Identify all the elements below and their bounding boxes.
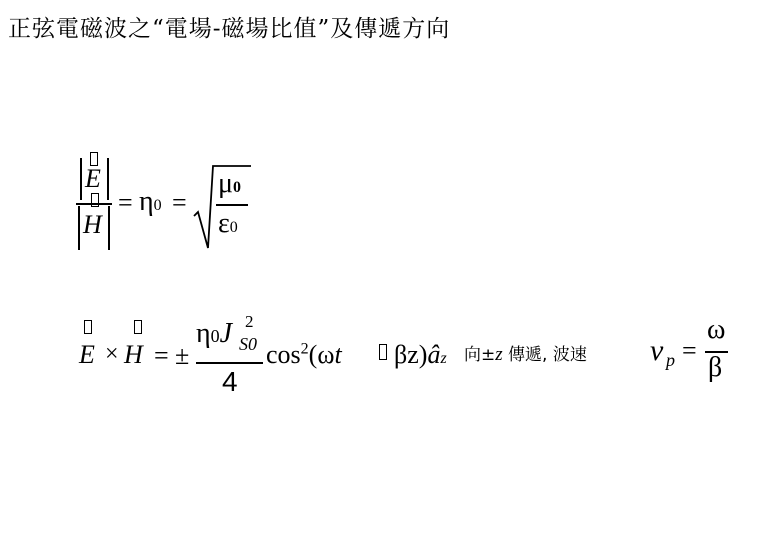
fraction-bar (196, 362, 263, 364)
fraction-numerator: ω (707, 314, 725, 346)
eta-symbol: η0 (139, 186, 162, 218)
eta: η (139, 186, 154, 217)
beta-z: βz (394, 340, 419, 369)
direction-z: z (495, 344, 502, 365)
beta-z-term: βz)âz (394, 340, 447, 370)
cos-term: cos2(ωt (266, 340, 342, 370)
unit-vector-a: â (427, 340, 440, 369)
fraction-bar (216, 204, 248, 206)
vector-arrow-placeholder-icon (91, 193, 99, 207)
abs-bar-left-bottom (78, 206, 80, 250)
unit-vector-subscript: z (440, 350, 446, 367)
open-paren-omega: (ω (309, 340, 335, 369)
field-e: E (79, 340, 95, 370)
cos-superscript: 2 (301, 340, 309, 357)
slide-title: 正弦電磁波之“電場-磁場比值”及傳遞方向 (8, 10, 450, 43)
fraction-denominator: 4 (222, 366, 238, 398)
velocity-subscript: p (666, 350, 675, 371)
abs-bar-right-bottom (108, 206, 110, 250)
mu-subscript: 0 (233, 179, 241, 196)
eta-subscript: 0 (154, 197, 162, 214)
abs-bar-right-top (107, 158, 109, 200)
field-e: E (85, 164, 101, 194)
equals-sign: = (154, 341, 169, 371)
time-t: t (334, 340, 341, 369)
vector-arrow-placeholder-icon (84, 320, 92, 334)
field-h: H (124, 340, 143, 370)
equals-sign: = (682, 336, 697, 366)
description-text: 傳遞, 波速 (503, 345, 587, 365)
field-h: H (83, 210, 102, 240)
equals-sign: = (118, 188, 133, 218)
eta: η (196, 318, 211, 349)
fraction-numerator: η0J (196, 318, 232, 350)
fraction-denominator: β (708, 352, 722, 384)
epsilon: ε (218, 208, 230, 239)
cross-sign: × (105, 341, 119, 368)
j-superscript: 2 (245, 312, 254, 332)
equals-sign: = (172, 188, 187, 218)
current-j: J (220, 318, 232, 349)
velocity-v: v (650, 334, 663, 368)
eta-subscript: 0 (211, 326, 220, 346)
j-subscript: S0 (239, 334, 257, 355)
vector-arrow-placeholder-icon (134, 320, 142, 334)
epsilon-symbol: ε0 (218, 208, 238, 240)
minus-placeholder-icon (379, 344, 387, 360)
abs-bar-left-top (80, 158, 82, 200)
propagation-description: 向±z 傳遞, 波速 (464, 340, 587, 366)
cos: cos (266, 340, 301, 369)
epsilon-subscript: 0 (230, 219, 238, 236)
mu: μ (218, 168, 233, 199)
mu-symbol: μ0 (218, 168, 241, 200)
description-prefix: 向± (464, 345, 495, 365)
plus-minus-sign: ± (175, 341, 189, 371)
